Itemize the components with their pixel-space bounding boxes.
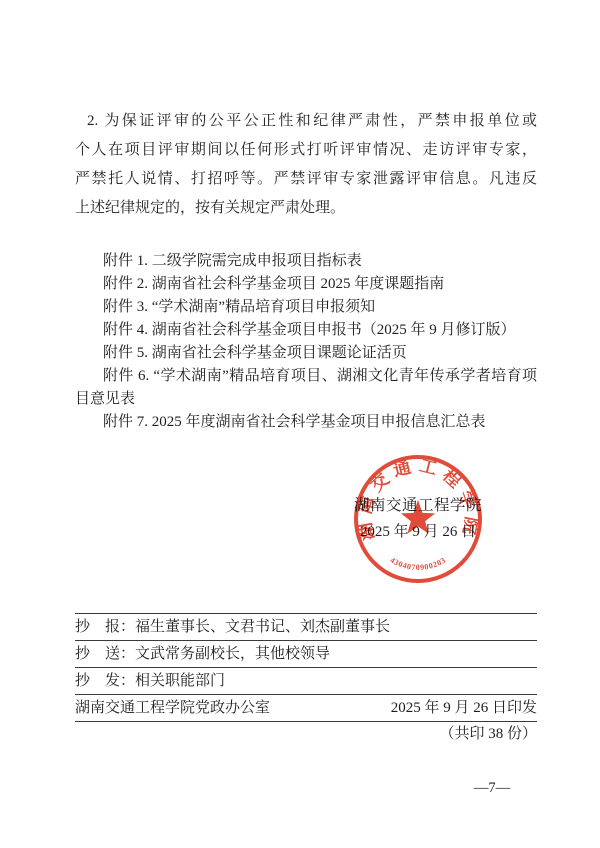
- row-value: 相关职能部门: [135, 673, 225, 689]
- seal-star-icon: [401, 500, 435, 534]
- row-label: 抄 送：: [75, 641, 135, 667]
- svg-text:湖南交通工程学院: 湖南交通工程学院: [354, 455, 482, 542]
- attachment-line: 附件 2. 湖南省社会科学基金项目 2025 年度课题指南: [75, 273, 537, 296]
- attachments-list: 附件 1. 二级学院需完成申报项目指标表 附件 2. 湖南省社会科学基金项目 2…: [75, 250, 537, 434]
- row-value: 文武常务副校长，其他校领导: [135, 646, 330, 662]
- seal-arc-text: 湖南交通工程学院: [354, 455, 482, 542]
- distribution-table: 抄 报：福生董事长、文君书记、刘杰副董事长 抄 送：文武常务副校长，其他校领导 …: [75, 613, 537, 722]
- paragraph-line: 个人在项目评审期间以任何形式打听评审情况、走访评审专家，: [75, 136, 537, 165]
- attachment-line: 附件 5. 湖南省社会科学基金项目课题论证活页: [75, 342, 537, 365]
- copies-note: （共印 38 份）: [75, 722, 537, 746]
- paragraph-line: 上述纪律规定的，按有关规定严肃处理。: [75, 194, 537, 223]
- row-value: 福生董事长、文君书记、刘杰副董事长: [135, 619, 390, 635]
- distribution-row: 抄 报：福生董事长、文君书记、刘杰副董事长: [75, 614, 537, 641]
- page-number: —7—: [457, 779, 527, 797]
- print-date: 2025 年 9 月 26 日印发: [391, 695, 537, 721]
- seal-serial-number: 4304070900203: [389, 555, 448, 572]
- attachment-line: 附件 4. 湖南省社会科学基金项目申报书（2025 年 9 月修订版）: [75, 319, 537, 342]
- attachment-wrap-line: 目意见表: [75, 388, 537, 411]
- svg-text:4304070900203: 4304070900203: [389, 555, 448, 572]
- document-page: 2. 为保证评审的公平公正性和纪律严肃性，严禁申报单位或 个人在项目评审期间以任…: [0, 0, 600, 848]
- paragraph-line: 严禁托人说情、打招呼等。严禁评审专家泄露评审信息。凡违反: [75, 165, 537, 194]
- attachment-line: 附件 1. 二级学院需完成申报项目指标表: [75, 250, 537, 273]
- attachment-line: 附件 6. “学术湖南”精品培育项目、湖湘文化青年传承学者培育项: [75, 365, 537, 388]
- distribution-row: 抄 发：相关职能部门: [75, 668, 537, 695]
- official-seal: 湖南交通工程学院 4304070900203: [348, 449, 488, 589]
- row-label: 抄 发：: [75, 668, 135, 694]
- distribution-row: 抄 送：文武常务副校长，其他校领导: [75, 641, 537, 668]
- paragraph-line: 2. 为保证评审的公平公正性和纪律严肃性，严禁申报单位或: [75, 107, 537, 136]
- attachment-line: 附件 7. 2025 年度湖南省社会科学基金项目申报信息汇总表: [75, 411, 537, 434]
- body-paragraph: 2. 为保证评审的公平公正性和纪律严肃性，严禁申报单位或 个人在项目评审期间以任…: [75, 107, 537, 223]
- row-label: 抄 报：: [75, 614, 135, 640]
- attachment-line: 附件 3. “学术湖南”精品培育项目申报须知: [75, 296, 537, 319]
- issuer-name: 湖南交通工程学院党政办公室: [75, 695, 270, 721]
- issuer-row: 湖南交通工程学院党政办公室 2025 年 9 月 26 日印发: [75, 695, 537, 722]
